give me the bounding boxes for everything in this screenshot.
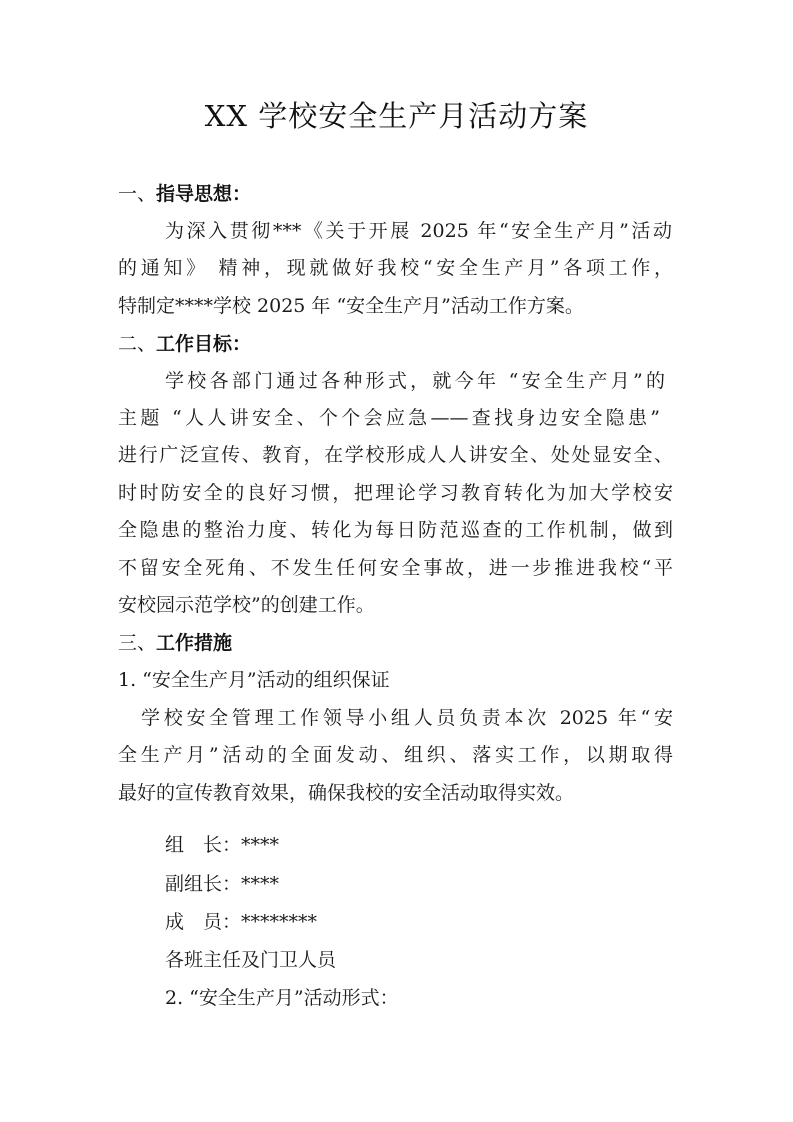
section-title: 指导思想： — [156, 183, 251, 205]
member-row-deputy-leader: 副组长：**** — [165, 871, 279, 897]
paragraph-line: 安校园示范学校”的创建工作。 — [118, 592, 375, 618]
member-name: 各班主任及门卫人员 — [165, 949, 336, 971]
document-title: XX 学校安全生产月活动方案 — [0, 96, 793, 136]
member-role: 成 员： — [165, 911, 241, 933]
paragraph-line: 学校安全管理工作领导小组人员负责本次 2025 年“安 — [141, 705, 673, 731]
section-heading-guiding-ideology: 一、指导思想： — [118, 181, 251, 207]
section-heading-work-goals: 二、工作目标： — [118, 331, 251, 357]
subsection-label: 2. “安全生产月”活动形式： — [165, 985, 399, 1011]
paragraph-line: 不留安全死角、不发生任何安全事故，进一步推进我校“平 — [118, 555, 673, 581]
paragraph-line: 最好的宣传教育效果，确保我校的安全活动取得实效。 — [118, 780, 574, 806]
member-name: **** — [241, 873, 279, 895]
member-role: 副组长： — [165, 873, 241, 895]
paragraph-line: 主题 “人人讲安全、个个会应急——查找身边安全隐患” — [118, 405, 660, 431]
member-name: ******** — [241, 911, 317, 933]
paragraph-line: 时时防安全的良好习惯，把理论学习教育转化为加大学校安 — [118, 480, 673, 506]
member-row-extra: 各班主任及门卫人员 — [165, 947, 336, 973]
member-role: 组 长： — [165, 834, 241, 856]
section-number: 二、 — [118, 333, 156, 355]
section-title: 工作措施 — [156, 632, 232, 654]
paragraph-line: 全生产月”活动的全面发动、组织、落实工作，以期取得 — [118, 742, 673, 768]
document-page: XX 学校安全生产月活动方案 一、指导思想： 为深入贯彻***《关于开展 202… — [0, 0, 793, 1122]
section-title: 工作目标： — [156, 333, 251, 355]
member-name: **** — [241, 834, 279, 856]
section-number: 一、 — [118, 183, 156, 205]
section-heading-work-measures: 三、工作措施 — [118, 630, 232, 656]
subsection-label: 1. “安全生产月”活动的组织保证 — [118, 667, 390, 693]
member-row-members: 成 员：******** — [165, 909, 317, 935]
paragraph-line: 为深入贯彻***《关于开展 2025 年“安全生产月”活动 — [165, 218, 672, 244]
member-row-leader: 组 长：**** — [165, 832, 279, 858]
paragraph-line: 全隐患的整治力度、转化为每日防范巡查的工作机制，做到 — [118, 517, 673, 543]
paragraph-line: 的通知》 精神，现就做好我校“安全生产月”各项工作， — [118, 255, 673, 281]
paragraph-line: 进行广泛宣传、教育，在学校形成人人讲安全、处处显安全、 — [118, 442, 673, 468]
section-number: 三、 — [118, 632, 156, 654]
paragraph-line: 特制定****学校 2025 年 “安全生产月”活动工作方案。 — [118, 293, 584, 319]
paragraph-line: 学校各部门通过各种形式，就今年 “安全生产月”的 — [165, 368, 665, 394]
